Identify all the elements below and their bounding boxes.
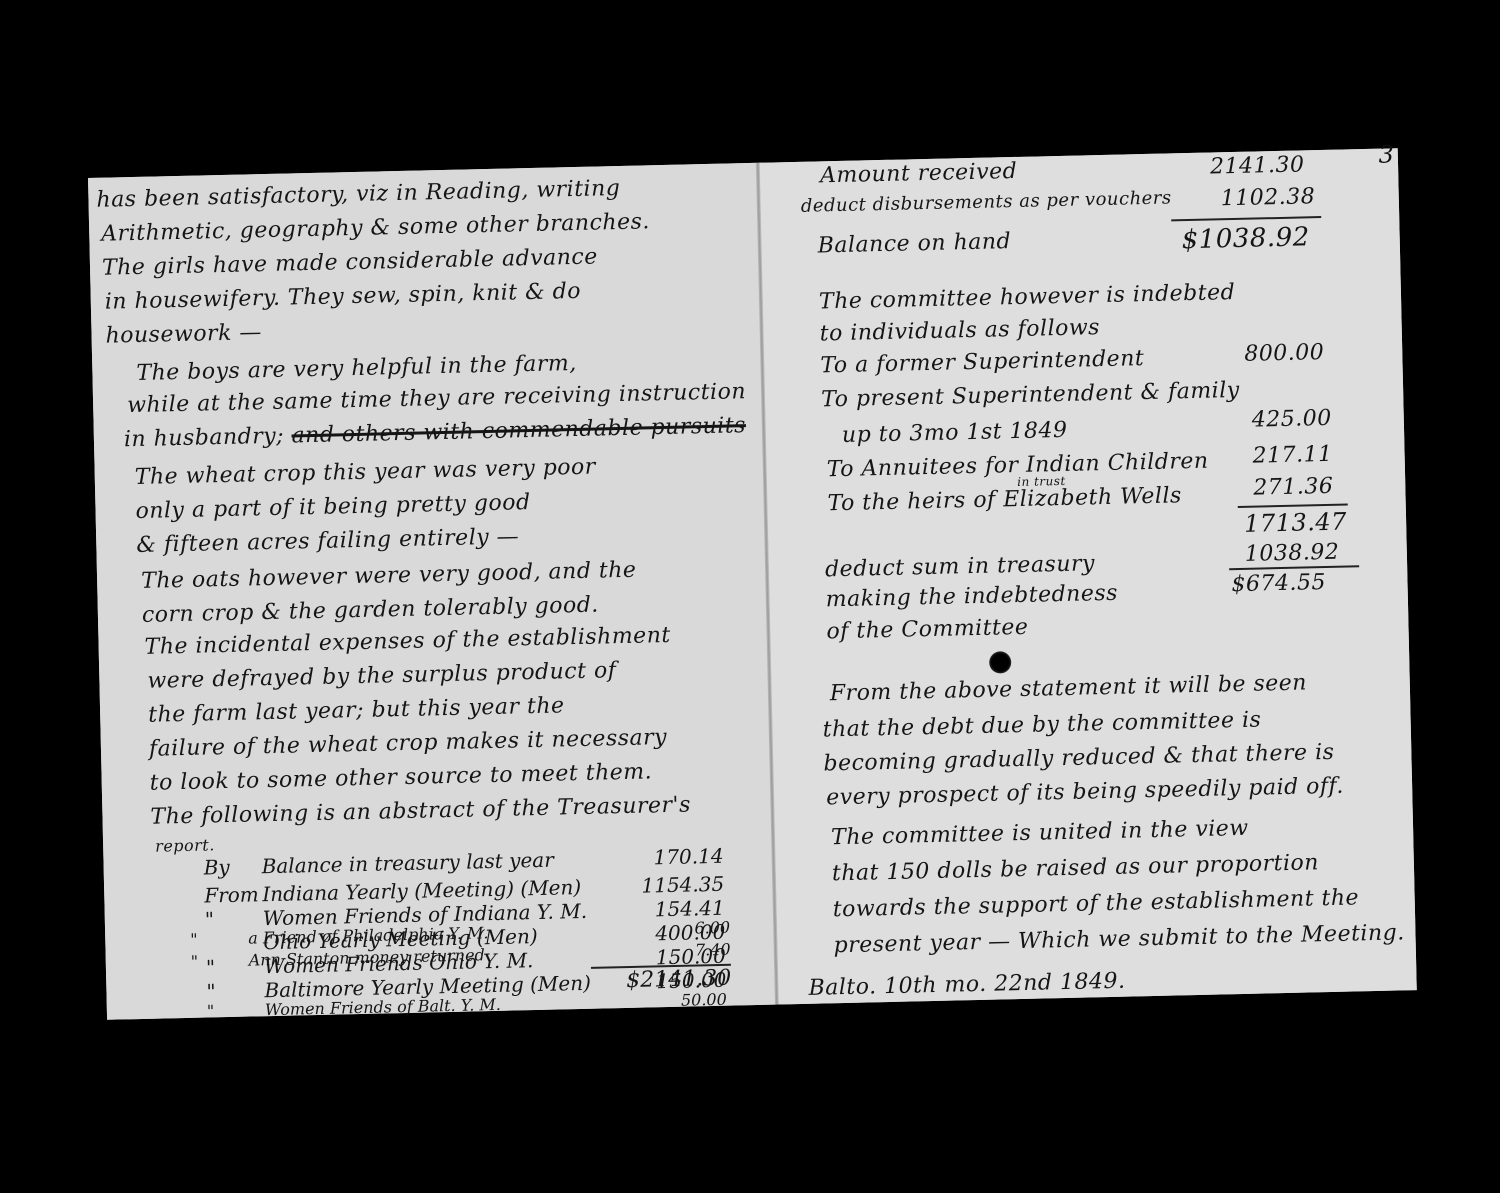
summary-label: Balance on hand [817, 229, 1011, 258]
text-line: The wheat crop this year was very poor [135, 455, 597, 490]
text-line: Arithmetic, geography & some other branc… [101, 209, 650, 246]
debt-label: To a former Superintendent [820, 346, 1144, 378]
text-line: deduct sum in treasury [825, 551, 1095, 582]
text-line: The committee is united in the view [831, 816, 1249, 850]
debt-label: To present Superintendent & family [821, 378, 1240, 412]
text-line: in husbandry; and others with commendabl… [124, 413, 747, 452]
left-page: has been satisfactory, viz in Reading, w… [88, 163, 775, 1020]
right-page: 3 Amount received 2141.30 deduct disburs… [760, 148, 1417, 1004]
text-line: The boys are very helpful in the farm, [136, 351, 577, 386]
text-line: the farm last year; but this year the [148, 693, 565, 727]
text-line: present year — Which we submit to the Me… [833, 920, 1405, 958]
struck-text: and others with commendable pursuits [291, 413, 746, 448]
debt-amount: 800.00 [1244, 340, 1325, 367]
text-line: The following is an abstract of the Trea… [150, 792, 691, 829]
debt-amount: 217.11 [1252, 442, 1333, 469]
debt-amount: 271.36 [1253, 474, 1334, 501]
net-amount: $674.55 [1231, 570, 1326, 597]
text-line: corn crop & the garden tolerably good. [142, 593, 599, 628]
text-line: report. [155, 835, 215, 855]
summary-label: deduct disbursements as per vouchers [801, 187, 1172, 216]
text-line: towards the support of the establishment… [833, 885, 1360, 922]
text-line: The oats however were very good, and the [141, 558, 637, 594]
rule [1171, 216, 1321, 221]
debt-subtotal: 1713.47 [1244, 508, 1347, 538]
text-line: every prospect of its being speedily pai… [826, 774, 1344, 811]
summary-amount: 1102.38 [1220, 184, 1315, 211]
text-line: only a part of it being pretty good [135, 490, 531, 524]
text-line: The incidental expenses of the establish… [144, 623, 671, 660]
text-line: while at the same time they are receivin… [127, 379, 746, 418]
text-line: The girls have made considerable advance [102, 244, 598, 280]
text-line: housework — [105, 320, 262, 349]
text-line: to individuals as follows [819, 315, 1100, 346]
text-line: of the Committee [826, 615, 1028, 645]
ledger-bottom: " a Friend of Philadelphia Y. M. 6.00 " … [190, 918, 732, 1010]
text-line: failure of the wheat crop makes it neces… [149, 725, 668, 762]
balance-amount: $1038.92 [1181, 222, 1310, 255]
summary-amount: 2141.30 [1210, 152, 1305, 179]
text-line: & fifteen acres failing entirely — [136, 524, 519, 558]
text-line: has been satisfactory, viz in Reading, w… [96, 176, 620, 213]
date-line: Balto. 10th mo. 22nd 1849. [808, 969, 1125, 1001]
text-line: in housewifery. They sew, spin, knit & d… [105, 279, 582, 315]
text-line: becoming gradually reduced & that there … [823, 740, 1334, 777]
text-line: that 150 dolls be raised as our proporti… [832, 850, 1320, 886]
debt-amount: 425.00 [1252, 406, 1333, 433]
debt-label: To the heirs of Elizabeth Wells [827, 483, 1182, 516]
text-line: making the indebtedness [825, 581, 1118, 613]
summary-label: Amount received [820, 159, 1018, 188]
document-sheet: has been satisfactory, viz in Reading, w… [88, 148, 1417, 1020]
text-line: that the debt due by the committee is [822, 708, 1261, 743]
page-number: 3 [1378, 140, 1394, 168]
paper-hole [989, 651, 1011, 673]
text-line: From the above statement it will be seen [830, 670, 1308, 706]
insertion: in trust [1017, 474, 1066, 489]
deduct-amount: 1038.92 [1245, 540, 1340, 567]
text-line: to look to some other source to meet the… [149, 759, 652, 795]
debt-label: up to 3mo 1st 1849 [842, 418, 1068, 448]
text-line: The committee however is indebted [819, 280, 1236, 314]
text-line: were defrayed by the surplus product of [147, 658, 616, 694]
